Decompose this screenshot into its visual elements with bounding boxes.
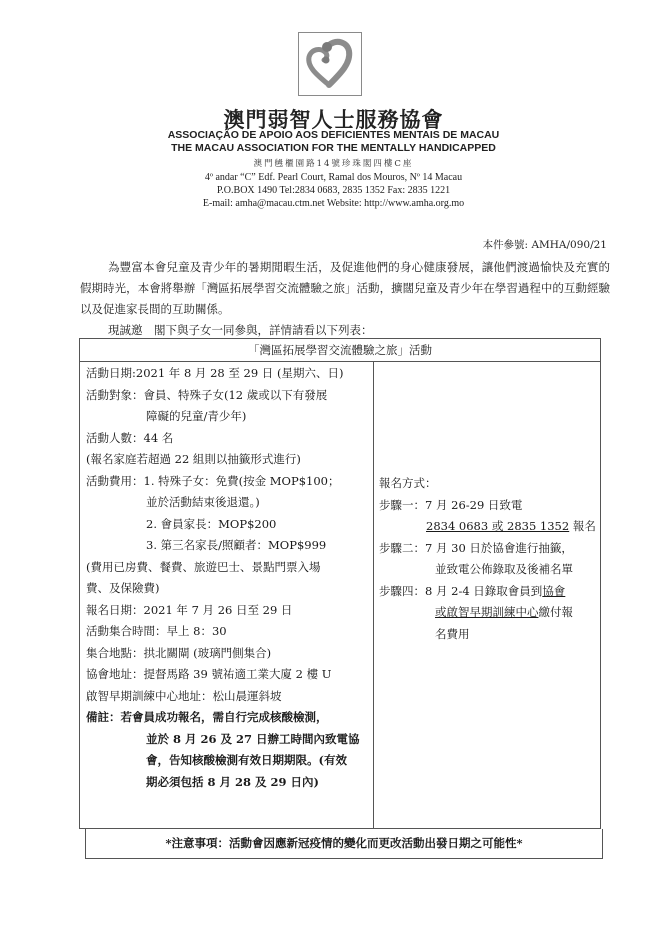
step-1-phones-line: 2834 0683 或 2835 1352 報名 <box>379 516 597 538</box>
org-name-english: THE MACAU ASSOCIATION FOR THE MENTALLY H… <box>0 142 667 154</box>
step-4-text: 步驟四：8 月 2-4 日錄取會員到 <box>379 584 542 598</box>
remark-line-2: 並於 8 月 26 及 27 日辦工時間內致電協 <box>86 729 370 751</box>
activity-details-table: 「灣區拓展學習交流體驗之旅」活動 活動日期:2021 年 8 月 28 至 29… <box>79 338 601 829</box>
activity-target: 活動對象：會員、特殊子女(12 歲或以下有發展 <box>86 385 370 407</box>
activity-target-cont: 障礙的兒童/青少年) <box>86 406 370 428</box>
fee-note-cont: 費、及保險費) <box>86 578 370 600</box>
registration-date: 報名日期：2021 年 7 月 26 日至 29 日 <box>86 600 370 622</box>
fee-item-3: 3. 第三名家長/照顧者：MOP$999 <box>86 535 370 557</box>
activity-quota: 活動人數：44 名 <box>86 428 370 450</box>
email-website: E-mail: amha@macau.ctm.net Website: http… <box>0 198 667 209</box>
registration-method-label: 報名方式： <box>379 473 597 495</box>
registration-method-cell: 報名方式： 步驟一：7 月 26-29 日致電 2834 0683 或 2835… <box>379 473 597 645</box>
table-title: 「灣區拓展學習交流體驗之旅」活動 <box>80 339 600 362</box>
association-logo <box>298 32 362 96</box>
step-4-cont: 或啟智早期訓練中心繳付報 <box>379 602 597 624</box>
step-2-cont: 並致電公佈錄取及後補名單 <box>379 559 597 581</box>
step-1: 步驟一：7 月 26-29 日致電 <box>379 495 597 517</box>
remark-line-4: 期必須包括 8 月 28 及 29 日內) <box>86 772 370 794</box>
fee-item-1-cont: 並於活動結束後退還。) <box>86 492 370 514</box>
gathering-place: 集合地點：拱北關閘 (玻璃門側集合) <box>86 643 370 665</box>
gathering-time: 活動集合時間：早上 8：30 <box>86 621 370 643</box>
step-4-pay: 繳付報 <box>539 605 574 619</box>
association-address: 協會地址：提督馬路 39 號祐適工業大廈 2 樓 U <box>86 664 370 686</box>
step-4-center: 或啟智早期訓練中心 <box>435 605 539 619</box>
intro-paragraph: 為豐富本會兒童及青少年的暑期閒暇生活，及促進他們的身心健康發展，讓他們渡過愉快及… <box>80 257 610 320</box>
fee-note: (費用已房費、餐費、旅遊巴士、景點門票入場 <box>86 557 370 579</box>
remark-line-1: 若會員成功報名，需自行完成核酸檢測， <box>121 710 328 724</box>
step-2: 步驟二：7 月 30 日於協會進行抽籤， <box>379 538 597 560</box>
covid-notice: *注意事項：活動會因應新冠疫情的變化而更改活動出發日期之可能性* <box>85 829 603 859</box>
org-name-portuguese: ASSOCIAÇÃO DE APOIO AOS DEFICIENTES MENT… <box>0 129 667 141</box>
training-center-address: 啟智早期訓練中心地址：松山晨運斜坡 <box>86 686 370 708</box>
po-box-phone-fax: P.O.BOX 1490 Tel:2834 0683, 2835 1352 Fa… <box>0 185 667 196</box>
activity-info-cell: 活動日期:2021 年 8 月 28 至 29 日 (星期六、日) 活動對象：會… <box>86 363 370 793</box>
step-4-association: 協會 <box>542 584 565 598</box>
column-divider <box>373 361 374 828</box>
quota-note: (報名家庭若超過 22 組則以抽籤形式進行) <box>86 449 370 471</box>
heart-logo-icon <box>299 33 361 95</box>
step-4: 步驟四：8 月 2-4 日錄取會員到協會 <box>379 581 597 603</box>
fee-item-2: 2. 會員家長：MOP$200 <box>86 514 370 536</box>
address-portuguese: 4º andar “C” Edf. Pearl Court, Ramal dos… <box>0 172 667 183</box>
step-1-suffix: 報名 <box>569 519 596 533</box>
address-chinese: 澳門乸櫃園路14號珍珠閣四樓C座 <box>0 157 667 169</box>
registration-phone-numbers: 2834 0683 或 2835 1352 <box>426 519 569 533</box>
activity-date: 活動日期:2021 年 8 月 28 至 29 日 (星期六、日) <box>86 363 370 385</box>
remark-label: 備註： <box>86 710 121 724</box>
remark-line-3: 會，告知核酸檢測有效日期期限。(有效 <box>86 750 370 772</box>
remark: 備註：若會員成功報名，需自行完成核酸檢測， <box>86 707 370 729</box>
step-4-end: 名費用 <box>379 624 597 646</box>
reference-number: 本件參號: AMHA/090/21 <box>483 237 607 252</box>
fee-item-1: 活動費用：1. 特殊子女：免費(按金 MOP$100； <box>86 471 370 493</box>
